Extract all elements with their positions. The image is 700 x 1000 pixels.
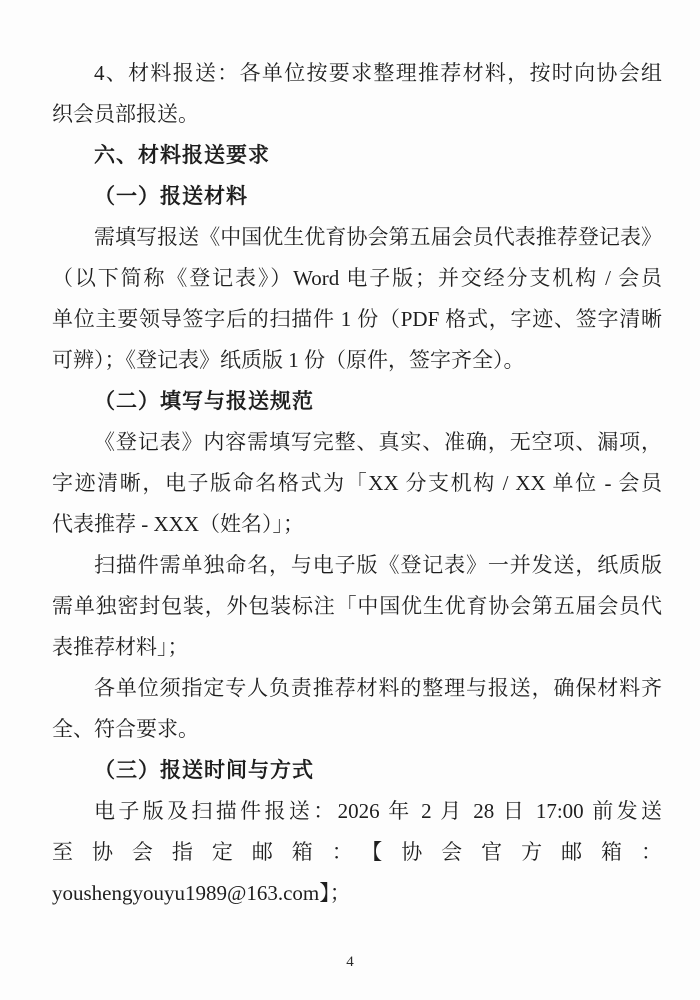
text-line: 可辨）；《登记表》纸质版 1 份（原件，签字齐全）。	[52, 340, 662, 381]
text-line: 各单位须指定专人负责推荐材料的整理与报送，确保材料齐	[52, 668, 662, 709]
text-line: 电子版及扫描件报送：2026 年 2 月 28 日 17:00 前发送	[52, 791, 662, 832]
page-footer: 4	[0, 952, 700, 972]
text-line: 4、材料报送：各单位按要求整理推荐材料，按时向协会组	[52, 53, 662, 94]
text-line: 代表推荐 - XXX（姓名）」；	[52, 504, 662, 545]
heading-line: 六、材料报送要求	[52, 135, 662, 176]
text-line: 表推荐材料」；	[52, 627, 662, 668]
text-line: 需填写报送《中国优生优育协会第五届会员代表推荐登记表》	[52, 217, 662, 258]
text-line: 字迹清晰，电子版命名格式为「XX 分支机构 / XX 单位 - 会员	[52, 463, 662, 504]
heading-line: （三）报送时间与方式	[52, 750, 662, 791]
text-line: 需单独密封包装，外包装标注「中国优生优育协会第五届会员代	[52, 586, 662, 627]
text-line: youshengyouyu1989@163.com】；	[52, 873, 662, 914]
text-line: 单位主要领导签字后的扫描件 1 份（PDF 格式，字迹、签字清晰	[52, 299, 662, 340]
page-number: 4	[346, 954, 354, 970]
text-line: 至协会指定邮箱：【协会官方邮箱：	[52, 832, 662, 873]
text-line: （以下简称《登记表》）Word 电子版；并交经分支机构 / 会员	[52, 258, 662, 299]
document-body: 4、材料报送：各单位按要求整理推荐材料，按时向协会组织会员部报送。六、材料报送要…	[52, 53, 662, 914]
heading-line: （一）报送材料	[52, 176, 662, 217]
heading-line: （二）填写与报送规范	[52, 381, 662, 422]
text-line: 全、符合要求。	[52, 709, 662, 750]
document-page: 4、材料报送：各单位按要求整理推荐材料，按时向协会组织会员部报送。六、材料报送要…	[0, 0, 700, 1000]
text-line: 《登记表》内容需填写完整、真实、准确，无空项、漏项，	[52, 422, 662, 463]
text-line: 织会员部报送。	[52, 94, 662, 135]
text-line: 扫描件需单独命名，与电子版《登记表》一并发送，纸质版	[52, 545, 662, 586]
